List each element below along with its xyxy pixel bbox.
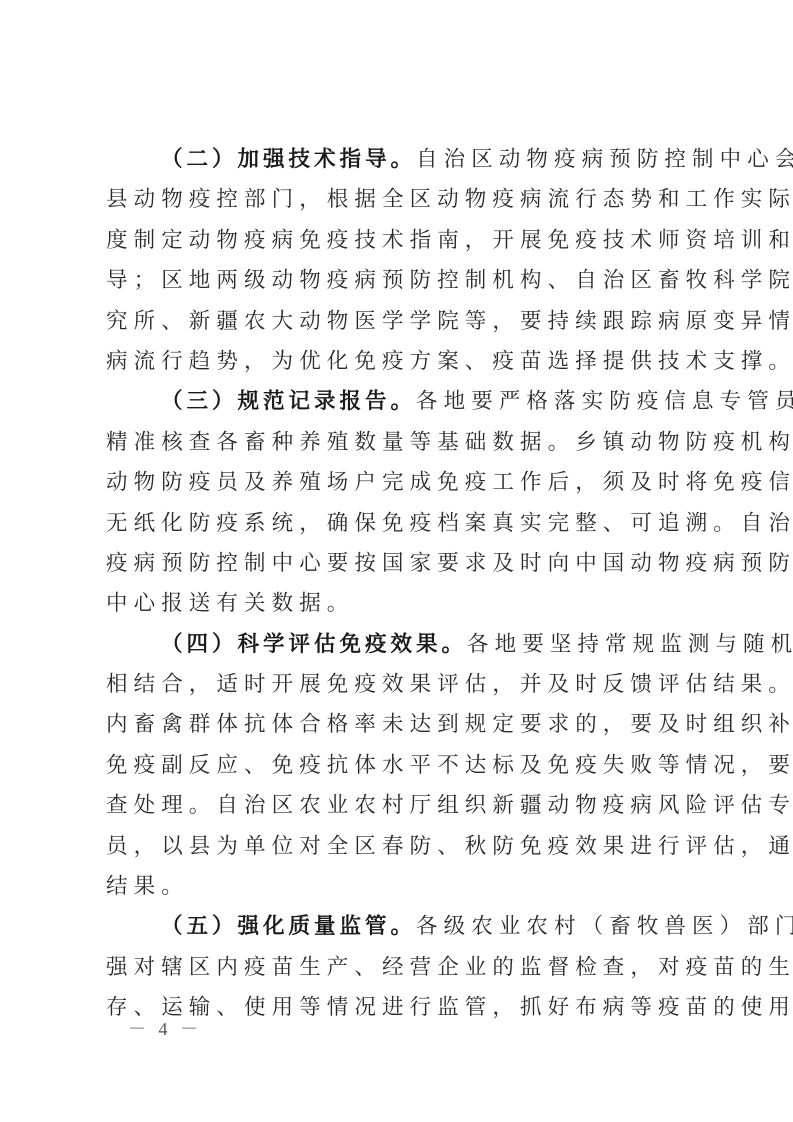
section-heading: （四）科学评估免疫效果。 <box>161 632 467 657</box>
paragraph-technical-guidance: （二）加强技术指导。自治区动物疫病预防控制中心会同地 县动物疫控部门，根据全区动… <box>106 140 692 382</box>
paragraph-text: 各级农业农村（畜牧兽医）部门要加 <box>416 914 793 939</box>
paragraph-line: 员，以县为单位对全区春防、秋防免疫效果进行评估，通报评估 <box>106 827 692 867</box>
document-body: （二）加强技术指导。自治区动物疫病预防控制中心会同地 县动物疫控部门，根据全区动… <box>106 140 692 1029</box>
paragraph-line: 动物防疫员及养殖场户完成免疫工作后，须及时将免疫信息录入 <box>106 463 692 503</box>
paragraph-line: 强对辖区内疫苗生产、经营企业的监督检查，对疫苗的生产、保 <box>106 948 692 988</box>
paragraph-line: （四）科学评估免疫效果。各地要坚持常规监测与随机抽检 <box>106 625 692 665</box>
section-heading: （五）强化质量监管。 <box>161 914 416 939</box>
document-page: （二）加强技术指导。自治区动物疫病预防控制中心会同地 县动物疫控部门，根据全区动… <box>0 0 793 1122</box>
paragraph-line: （二）加强技术指导。自治区动物疫病预防控制中心会同地 <box>106 140 692 180</box>
paragraph-line: 度制定动物疫病免疫技术指南，开展免疫技术师资培训和技术指 <box>106 221 692 261</box>
paragraph-line: （五）强化质量监管。各级农业农村（畜牧兽医）部门要加 <box>106 907 692 947</box>
paragraph-line: 精准核查各畜种养殖数量等基础数据。乡镇动物防疫机构、基层 <box>106 423 692 463</box>
paragraph-immunity-evaluation: （四）科学评估免疫效果。各地要坚持常规监测与随机抽检 相结合，适时开展免疫效果评… <box>106 625 692 908</box>
paragraph-line: 无纸化防疫系统，确保免疫档案真实完整、可追溯。自治区动物 <box>106 504 692 544</box>
page-number: － 4 － <box>128 1015 202 1041</box>
paragraph-line: 导；区地两级动物疫病预防控制机构、自治区畜牧科学院兽医研 <box>106 261 692 301</box>
paragraph-text: 各地要严格落实防疫信息专管员制度， <box>416 389 793 414</box>
paragraph-line: （三）规范记录报告。各地要严格落实防疫信息专管员制度， <box>106 382 692 422</box>
paragraph-line: 免疫副反应、免疫抗体水平不达标及免疫失败等情况，要及时调 <box>106 746 692 786</box>
paragraph-line: 中心报送有关数据。 <box>106 584 692 624</box>
paragraph-line: 究所、新疆农大动物医学学院等，要持续跟踪病原变异情况和疫 <box>106 302 692 342</box>
paragraph-line: 病流行趋势，为优化免疫方案、疫苗选择提供技术支撑。 <box>106 342 692 382</box>
paragraph-line: 相结合，适时开展免疫效果评估，并及时反馈评估结果。对辖区 <box>106 665 692 705</box>
paragraph-text: 各地要坚持常规监测与随机抽检 <box>467 632 793 657</box>
section-heading: （二）加强技术指导。 <box>161 147 416 172</box>
paragraph-line: 内畜禽群体抗体合格率未达到规定要求的，要及时组织补免。对 <box>106 705 692 745</box>
section-heading: （三）规范记录报告。 <box>161 389 416 414</box>
paragraph-text: 自治区动物疫病预防控制中心会同地 <box>416 147 793 172</box>
paragraph-line: 疫病预防控制中心要按国家要求及时向中国动物疫病预防控制 <box>106 544 692 584</box>
paragraph-line: 查处理。自治区农业农村厅组织新疆动物疫病风险评估专家委 <box>106 786 692 826</box>
paragraph-quality-supervision: （五）强化质量监管。各级农业农村（畜牧兽医）部门要加 强对辖区内疫苗生产、经营企… <box>106 907 692 1028</box>
paragraph-record-reporting: （三）规范记录报告。各地要严格落实防疫信息专管员制度， 精准核查各畜种养殖数量等… <box>106 382 692 624</box>
paragraph-line: 县动物疫控部门，根据全区动物疫病流行态势和工作实际，分年 <box>106 180 692 220</box>
paragraph-line: 结果。 <box>106 867 692 907</box>
